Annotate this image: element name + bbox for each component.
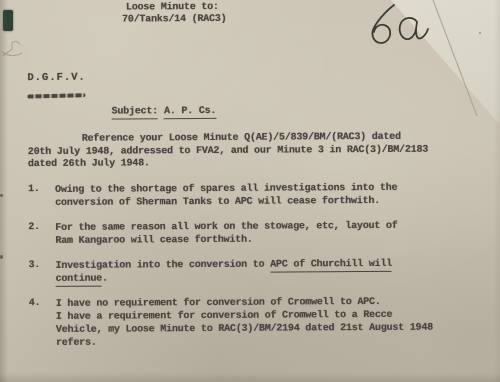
reference-paragraph: Reference your Loose Minute Q(AE)/5/839/… [28,132,429,172]
item-number: 4. [29,298,56,350]
item-text: I have no requirement for conversion of … [56,296,433,350]
text-segment: Investigation into the conversion to [55,260,270,272]
item-line: continue. [56,271,433,286]
reference-line: dated 26th July 1948. [28,157,428,172]
reference-line: 20th July 1948, addressed to FVA2, and o… [28,144,428,159]
list-item: 4.I have no requirement for conversion o… [29,296,433,350]
list-item: 3.Investigation into the conversion to A… [28,258,432,286]
text-segment: refers. [56,338,97,349]
item-line: conversion of Sherman Tanks to APC will … [55,195,432,210]
item-number: 2. [28,222,55,248]
text-segment: For the same reason all work on the stow… [55,221,397,234]
item-line: refers. [56,335,433,350]
item-list: 1.Owing to the shortage of spares all in… [28,182,433,362]
text-segment: conversion of Sherman Tanks to APC will … [55,196,380,209]
underlined-text: continue [56,274,102,287]
text-segment: Vehicle, my Loose Minute to RAC(3)/BM/21… [56,323,433,336]
item-text: Investigation into the conversion to APC… [55,258,432,286]
text-segment: . [102,274,108,285]
item-line: Ram Kangaroo will cease forthwith. [55,233,432,248]
item-text: Owing to the shortage of spares all inve… [55,182,432,210]
text-segment: Owing to the shortage of spares all inve… [55,183,397,196]
scanned-memo-page: 6a Loose Minute to: 70/Tanks/14 (RAC3) D… [0,0,500,382]
item-line: For the same reason all work on the stow… [55,220,432,235]
item-line: Vehicle, my Loose Minute to RAC(3)/BM/21… [56,322,433,337]
subject-value: A. P. Cs. [164,106,216,119]
text-segment: Ram Kangaroo will cease forthwith. [55,235,252,247]
loose-minute-header: Loose Minute to: 70/Tanks/14 (RAC3) [122,2,227,27]
subject-line: Subject:A. P. Cs. [111,106,216,118]
item-number: 1. [28,184,55,210]
addressee-underline [27,93,85,98]
addressee: D.G.F.V. [27,72,85,84]
subject-label: Subject: [111,106,158,119]
text-segment: I have a requirement for conversion of C… [56,310,393,323]
header-line-1: Loose Minute to: [126,2,226,15]
text-segment: I have no requirement for conversion of … [56,297,381,310]
item-line: Investigation into the conversion to APC… [55,258,432,273]
list-item: 2.For the same reason all work on the st… [28,220,432,248]
underlined-text: APC of Churchill will [270,259,392,272]
item-text: For the same reason all work on the stow… [55,220,432,248]
header-line-2: 70/Tanks/14 (RAC3) [122,14,226,27]
typewritten-content: Loose Minute to: 70/Tanks/14 (RAC3) D.G.… [0,0,500,382]
list-item: 1.Owing to the shortage of spares all in… [28,182,432,210]
item-number: 3. [28,260,55,286]
